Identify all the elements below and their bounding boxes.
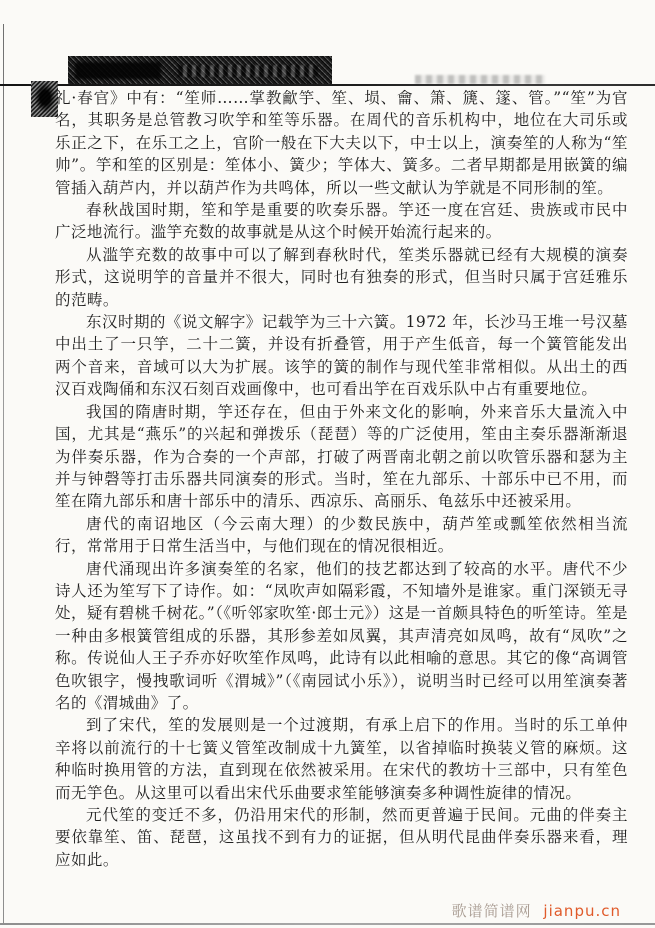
chapter-banner-smudge bbox=[68, 56, 332, 85]
paragraph-9: 元代笙的变迁不多，仍沿用宋代的形制，然而更普遍于民间。元曲的伴奏主要依靠笙、笛、… bbox=[55, 804, 628, 871]
paragraph-8: 到了宋代，笙的发展则是一个过渡期，有承上启下的作用。当时的乐工单仲辛将以前流行的… bbox=[55, 714, 628, 804]
page-left-edge-line bbox=[3, 24, 4, 924]
watermark-site-url: jianpu.cn bbox=[543, 902, 621, 920]
paragraph-7: 唐代涌现出许多演奏笙的名家，他们的技艺都达到了较高的水平。唐代不少诗人还为笙写下… bbox=[55, 558, 628, 715]
watermark: 歌谱简谱网 jianpu.cn bbox=[452, 900, 621, 921]
paragraph-2: 春秋战国时期，笙和竽是重要的吹奏乐器。竽还一度在宫廷、贵族或市民中广泛地流行。滥… bbox=[55, 199, 628, 244]
margin-page-marker-block bbox=[31, 81, 58, 117]
paragraph-1: 礼·春官》中有：“笙师……掌教龡竽、笙、埙、龠、箫、篪、篴、管。”“笙”为官名，… bbox=[55, 87, 628, 199]
paragraph-4: 东汉时期的《说文解字》记载竽为三十六簧。1972 年，长沙马王堆一号汉墓中出土了… bbox=[55, 311, 628, 401]
watermark-site-name: 歌谱简谱网 bbox=[452, 902, 532, 920]
paragraph-3: 从滥竽充数的故事中可以了解到春秋时代，笙类乐器就已经有大规模的演奏形式，这说明竽… bbox=[55, 244, 628, 311]
paragraph-6: 唐代的南诏地区（今云南大理）的少数民族中，葫芦笙或瓢笙依然相当流行，常常用于日常… bbox=[55, 513, 628, 558]
page-bottom-edge-line bbox=[0, 923, 655, 925]
header-faint-smudge bbox=[415, 75, 545, 84]
paragraph-5: 我国的隋唐时期，竽还存在，但由于外来文化的影响，外来音乐大量流入中国，尤其是“燕… bbox=[55, 401, 628, 513]
header-rule bbox=[0, 84, 655, 86]
page-body-text: 礼·春官》中有：“笙师……掌教龡竽、笙、埙、龠、箫、篪、篴、管。”“笙”为官名，… bbox=[55, 87, 628, 871]
